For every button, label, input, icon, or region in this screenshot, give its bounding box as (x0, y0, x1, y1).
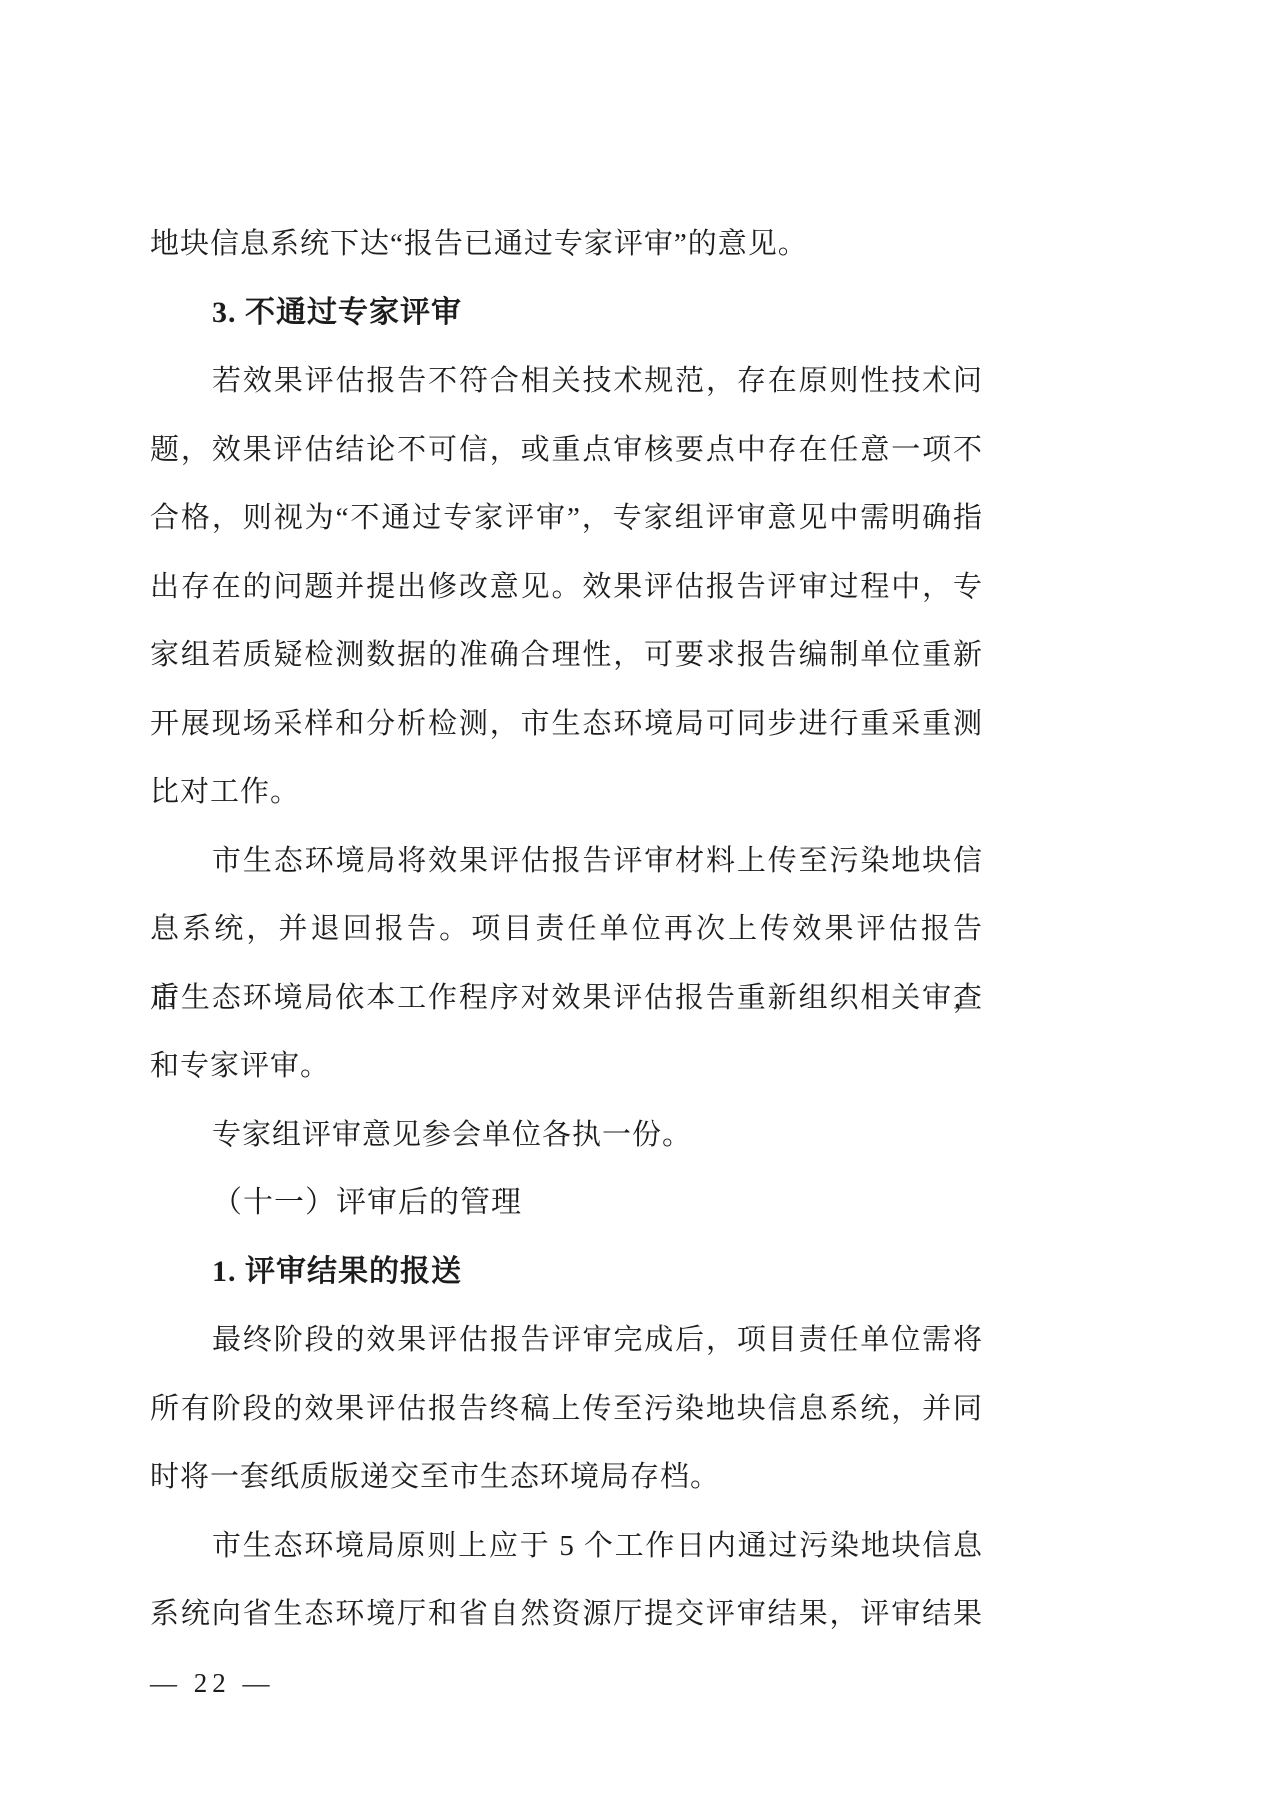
text-line: 出存在的问题并提出修改意见。效果评估报告评审过程中，专 (150, 553, 983, 622)
document-page: 地块信息系统下达“报告已通过专家评审”的意见。 3. 不通过专家评审 若效果评估… (0, 0, 1280, 1810)
subsection-heading-11: （十一）评审后的管理 (150, 1169, 983, 1238)
text-line: 息系统，并退回报告。项目责任单位再次上传效果评估报告后， (150, 895, 983, 964)
page-footer: — 22 — (150, 1668, 275, 1699)
document-body: 地块信息系统下达“报告已通过专家评审”的意见。 3. 不通过专家评审 若效果评估… (150, 210, 983, 1649)
text-line: 最终阶段的效果评估报告评审完成后，项目责任单位需将 (150, 1306, 983, 1375)
text-line: 比对工作。 (150, 758, 983, 827)
section-heading-3: 3. 不通过专家评审 (150, 279, 983, 348)
text-line: 所有阶段的效果评估报告终稿上传至污染地块信息系统，并同 (150, 1375, 983, 1444)
text-line: 市生态环境局将效果评估报告评审材料上传至污染地块信 (150, 827, 983, 896)
text-line: 若效果评估报告不符合相关技术规范，存在原则性技术问 (150, 347, 983, 416)
page-number: — 22 — (150, 1668, 275, 1698)
text-line: 系统向省生态环境厅和省自然资源厅提交评审结果，评审结果 (150, 1580, 983, 1649)
text-line: 和专家评审。 (150, 1032, 983, 1101)
text-line: 题，效果评估结论不可信，或重点审核要点中存在任意一项不 (150, 416, 983, 485)
text-line: 开展现场采样和分析检测，市生态环境局可同步进行重采重测 (150, 690, 983, 759)
text-line: 合格，则视为“不通过专家评审”，专家组评审意见中需明确指 (150, 484, 983, 553)
text-line: 家组若质疑检测数据的准确合理性，可要求报告编制单位重新 (150, 621, 983, 690)
text-line: 地块信息系统下达“报告已通过专家评审”的意见。 (150, 210, 983, 279)
text-line: 市生态环境局依本工作程序对效果评估报告重新组织相关审查 (150, 964, 983, 1033)
section-heading-1: 1. 评审结果的报送 (150, 1238, 983, 1307)
text-line: 市生态环境局原则上应于 5 个工作日内通过污染地块信息 (150, 1512, 983, 1581)
text-line: 时将一套纸质版递交至市生态环境局存档。 (150, 1443, 983, 1512)
text-line: 专家组评审意见参会单位各执一份。 (150, 1101, 983, 1170)
